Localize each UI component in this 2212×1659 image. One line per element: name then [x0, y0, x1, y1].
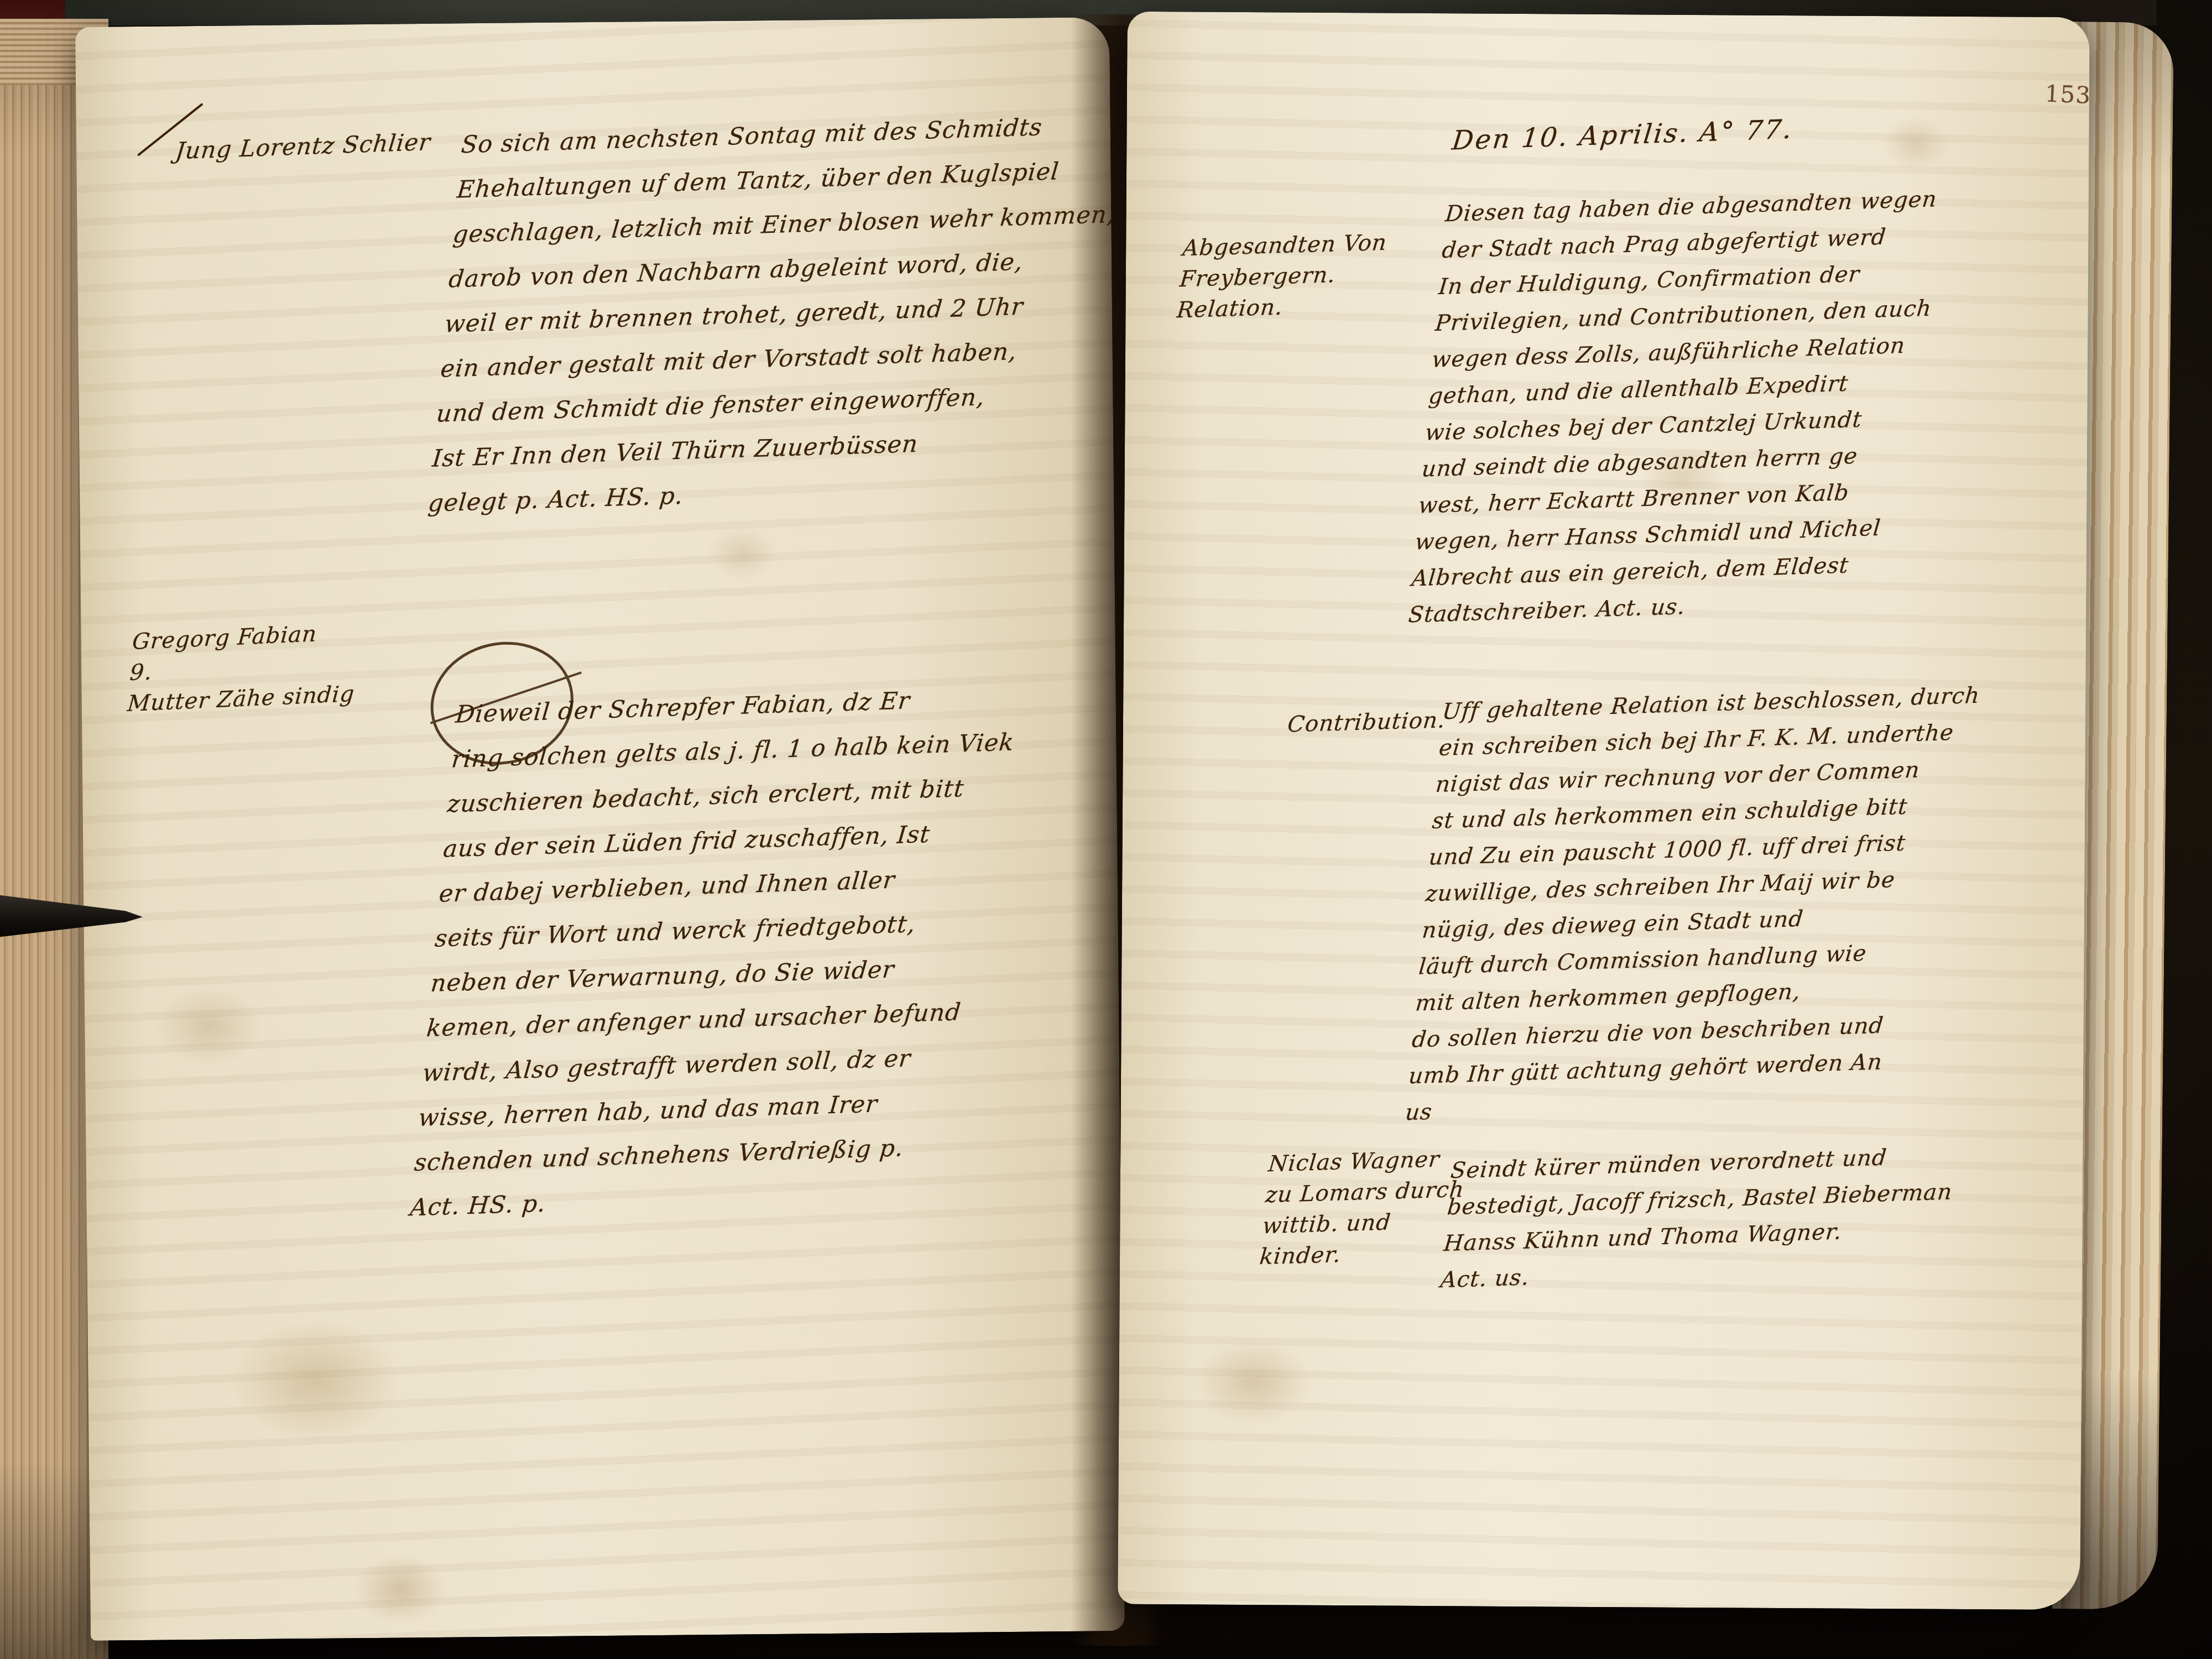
left-page: Jung Lorentz Schlier So sich am nechsten…: [75, 17, 1125, 1641]
right-entry3-body: Seindt kürer münden verordnett undbested…: [1439, 1138, 1957, 1298]
folio-number: 153: [2044, 80, 2091, 108]
right-entry2-body: Uff gehaltene Relation ist beschlossen, …: [1404, 677, 1981, 1131]
left-entry1-body: So sich am nechsten Sontag mit des Schmi…: [426, 103, 1126, 526]
text-line: zu Lomars durch: [1264, 1174, 1466, 1211]
right-page: 153 Den 10. Aprilis. A° 77. Abgesandten …: [1118, 12, 2090, 1610]
text-line: Contribution.: [1286, 705, 1447, 740]
right-entry2-margin-note: Contribution.: [1286, 705, 1447, 740]
text-line: Relation.: [1176, 289, 1383, 326]
right-entry1-body: Diesen tag haben die abgesandten wegende…: [1407, 181, 1943, 633]
left-entry1-margin-heading: Jung Lorentz Schlier: [174, 128, 432, 165]
manuscript-photo: { "photo": { "description": "Open bound …: [0, 0, 2212, 1659]
left-entry2-body: Dieweil der Schrepfer Fabian, dz Erring …: [408, 675, 1020, 1230]
right-entry3-margin-note: Niclas Wagnerzu Lomars durchwittib. undk…: [1258, 1143, 1468, 1272]
left-entry2-margin-heading: Gregorg Fabian9.Mutter Zähe sindig: [126, 617, 361, 719]
text-line: wittib. und: [1261, 1205, 1463, 1241]
text-line: kinder.: [1258, 1236, 1460, 1272]
date-heading: Den 10. Aprilis. A° 77.: [1451, 114, 1795, 156]
text-line: Niclas Wagner: [1267, 1143, 1469, 1180]
right-entry1-margin-note: Abgesandten VonFreybergern.Relation.: [1176, 227, 1389, 326]
text-line: Abgesandten Von: [1181, 227, 1388, 264]
